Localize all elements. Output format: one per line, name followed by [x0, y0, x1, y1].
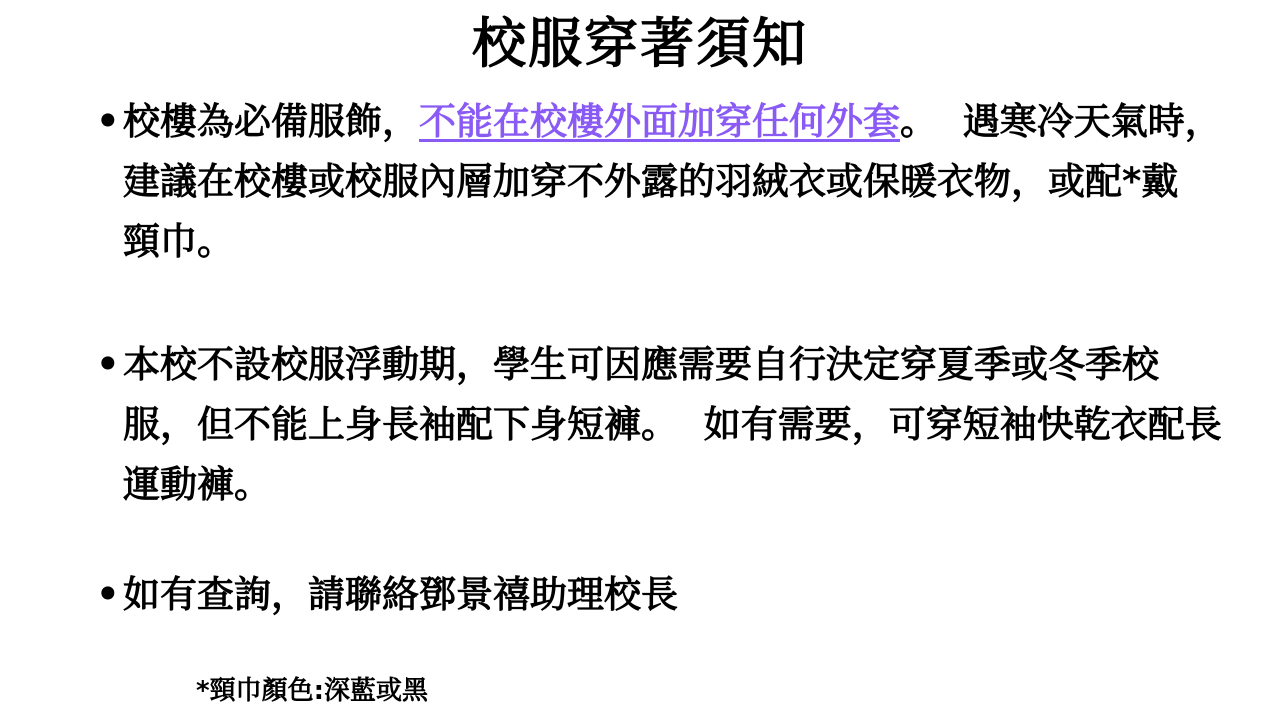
bullet-text: 如有查詢，請聯絡鄧景禧助理校長	[123, 565, 1240, 625]
bullet-item-jacket-rule: • 校樓為必備服飾，不能在校樓外面加穿任何外套。 遇寒冷天氣時， 建議在校樓或校…	[96, 92, 1240, 272]
bullet-marker: •	[96, 92, 123, 152]
slide-content: • 校樓為必備服飾，不能在校樓外面加穿任何外套。 遇寒冷天氣時， 建議在校樓或校…	[96, 92, 1240, 711]
slide: 校服穿著須知 • 校樓為必備服飾，不能在校樓外面加穿任何外套。 遇寒冷天氣時， …	[0, 0, 1280, 720]
bullet-item-contact: • 如有查詢，請聯絡鄧景禧助理校長	[96, 565, 1240, 625]
bullet-marker: •	[96, 565, 123, 625]
jacket-rule-link[interactable]: 不能在校樓外面加穿任何外套	[419, 100, 900, 143]
footnote: *頸巾顏色:深藍或黑	[196, 671, 1240, 711]
bullet-text: 校樓為必備服飾，不能在校樓外面加穿任何外套。 遇寒冷天氣時， 建議在校樓或校服內…	[123, 92, 1240, 272]
page-title: 校服穿著須知	[0, 0, 1280, 76]
bullet-item-season-rule: • 本校不設校服浮動期，學生可因應需要自行決定穿夏季或冬季校 服，但不能上身長袖…	[96, 335, 1240, 515]
bullet-text-pre: 校樓為必備服飾，	[123, 100, 419, 143]
bullet-marker: •	[96, 335, 123, 395]
bullet-text: 本校不設校服浮動期，學生可因應需要自行決定穿夏季或冬季校 服，但不能上身長袖配下…	[123, 335, 1240, 515]
